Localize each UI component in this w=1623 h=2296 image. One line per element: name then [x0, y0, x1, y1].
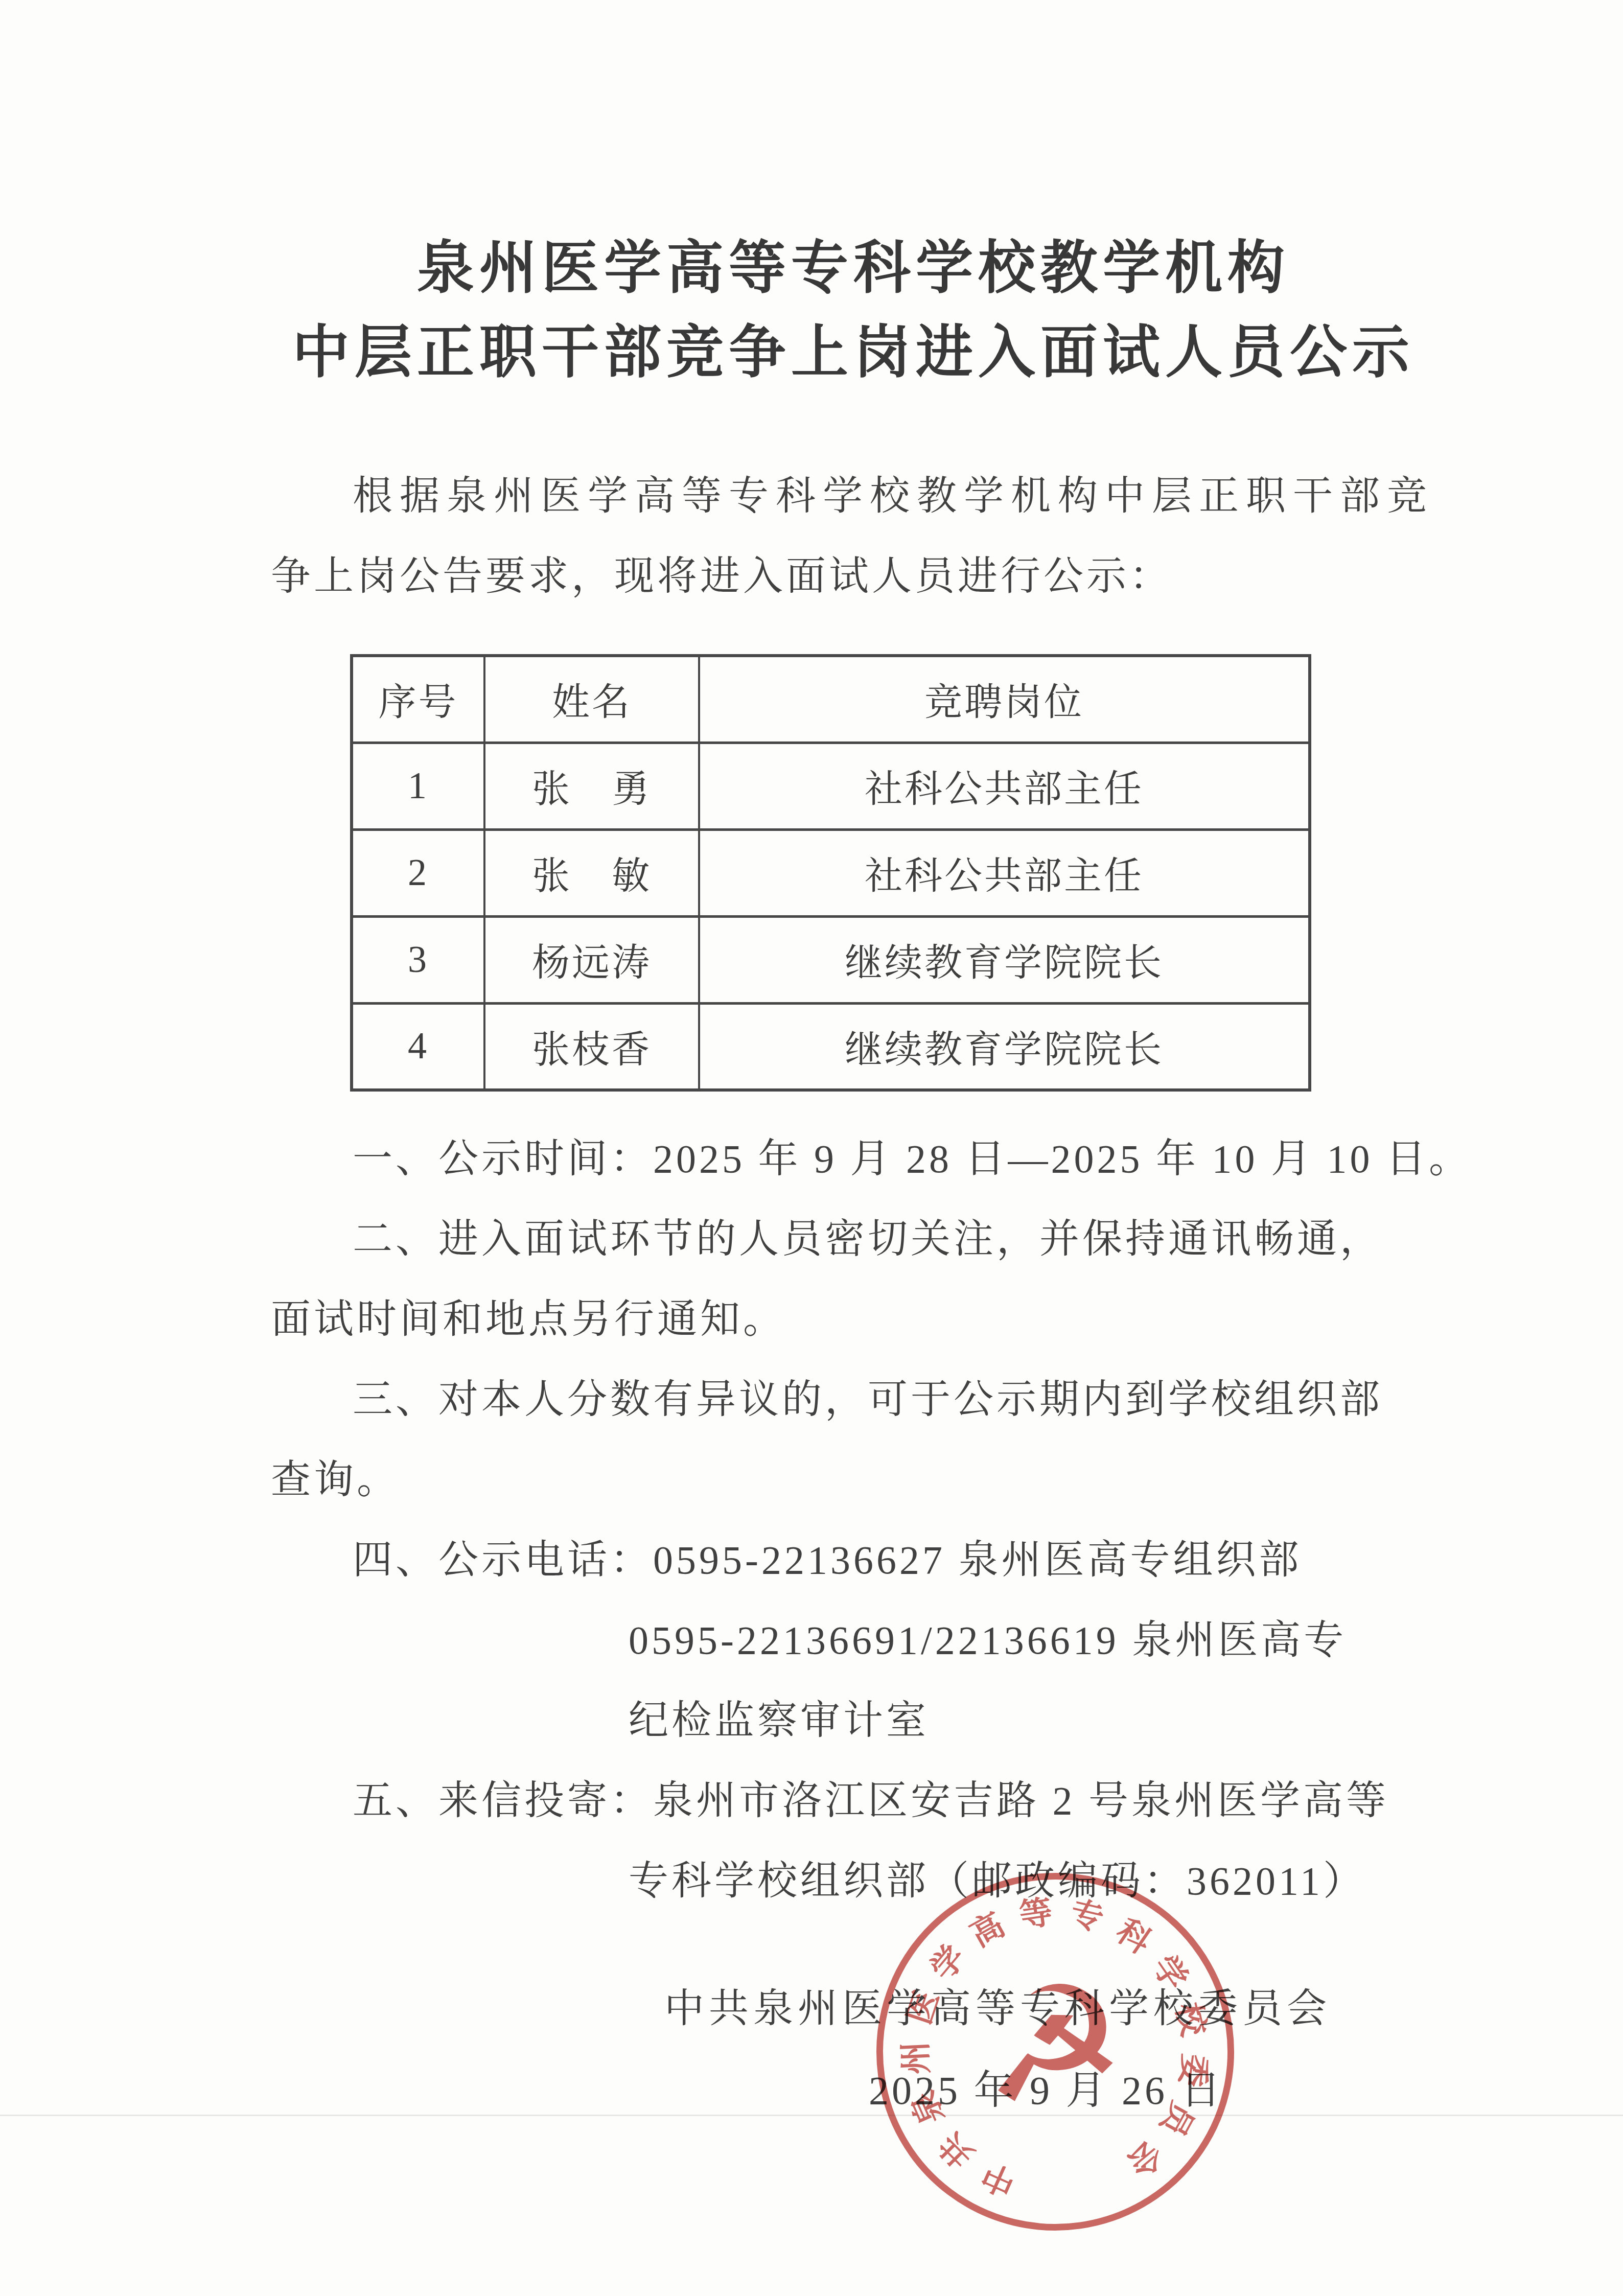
- scanned-announcement-page: 泉州医学高等专科学校教学机构 中层正职干部竞争上岗进入面试人员公示 根据泉州医学…: [0, 0, 1623, 2296]
- seal-ring-character: 科: [1109, 1912, 1158, 1962]
- cell-name: 张 敏: [484, 829, 699, 916]
- header-position: 竞聘岗位: [699, 656, 1310, 743]
- seal-ring: 中共泉州医学高等专科学校委员会: [853, 1850, 1258, 2254]
- list-item-3-objections: 三、对本人分数有异议的，可于公示期内到学校组织部: [353, 1376, 1383, 1423]
- cell-serial: 2: [352, 829, 484, 916]
- table-row: 3 杨远涛 继续教育学院院长: [352, 916, 1310, 1003]
- document-title-line-1: 泉州医学高等专科学校教学机构: [271, 222, 1436, 305]
- official-red-seal: 中共泉州医学高等专科学校委员会 ☭: [853, 1850, 1258, 2254]
- seal-ring-character: 会: [1120, 2133, 1170, 2184]
- intro-paragraph-line-1: 根据泉州医学高等专科学校教学机构中层正职干部竞: [353, 473, 1434, 520]
- list-item-5-mail-address: 五、来信投寄：泉州市洛江区安吉路 2 号泉州医学高等: [353, 1777, 1389, 1824]
- list-item-2-continuation: 面试时间和地点另行通知。: [271, 1296, 786, 1343]
- cell-position: 继续教育学院院长: [699, 1003, 1310, 1090]
- cell-position: 继续教育学院院长: [699, 916, 1310, 1003]
- issuer-signature: 中共泉州医学高等专科学校委员会: [664, 1985, 1331, 2032]
- list-item-3-continuation: 查询。: [271, 1456, 400, 1503]
- intro-paragraph-line-2: 争上岗公告要求，现将进入面试人员进行公示：: [271, 553, 1172, 600]
- candidate-table: 序号 姓名 竞聘岗位 1 张 勇 社科公共部主任 2 张 敏 社科公共部主任 3…: [350, 654, 1311, 1092]
- list-item-4-phone: 四、公示电话：0595-22136627 泉州医高专组织部: [353, 1537, 1302, 1584]
- cell-serial: 1: [352, 743, 484, 829]
- seal-ring-character: 中: [975, 2155, 1022, 2202]
- header-name: 姓名: [484, 656, 699, 743]
- cell-position: 社科公共部主任: [699, 743, 1310, 829]
- table-row: 4 张枝香 继续教育学院院长: [352, 1003, 1310, 1090]
- seal-ring-character: 高: [963, 1906, 1012, 1955]
- seal-ring-character: 共: [932, 2124, 982, 2175]
- list-item-4-phone-continuation: 0595-22136691/22136619 泉州医高专: [629, 1617, 1347, 1664]
- table-header-row: 序号 姓名 竞聘岗位: [352, 656, 1310, 743]
- table-row: 2 张 敏 社科公共部主任: [352, 829, 1310, 916]
- list-item-2-keep-in-touch: 二、进入面试环节的人员密切关注，并保持通讯畅通，: [353, 1216, 1383, 1263]
- cell-serial: 4: [352, 1003, 484, 1090]
- list-item-5-continuation: 专科学校组织部（邮政编码：362011）: [629, 1858, 1366, 1905]
- issue-date: 2025 年 9 月 26 日: [869, 2067, 1224, 2114]
- cell-position: 社科公共部主任: [699, 829, 1310, 916]
- list-item-4-office-continuation: 纪检监察审计室: [629, 1697, 929, 1744]
- scan-artifact-line: [0, 2115, 1623, 2116]
- cell-serial: 3: [352, 916, 484, 1003]
- list-item-1-publicity-period: 一、公示时间：2025 年 9 月 28 日—2025 年 10 月 10 日。: [353, 1135, 1472, 1182]
- cell-name: 杨远涛: [484, 916, 699, 1003]
- table-row: 1 张 勇 社科公共部主任: [352, 743, 1310, 829]
- header-serial-number: 序号: [352, 656, 484, 743]
- cell-name: 张 勇: [484, 743, 699, 829]
- seal-ring-character: 学: [923, 1938, 973, 1988]
- cell-name: 张枝香: [484, 1003, 699, 1090]
- document-title-line-2: 中层正职干部竞争上岗进入面试人员公示: [271, 307, 1436, 389]
